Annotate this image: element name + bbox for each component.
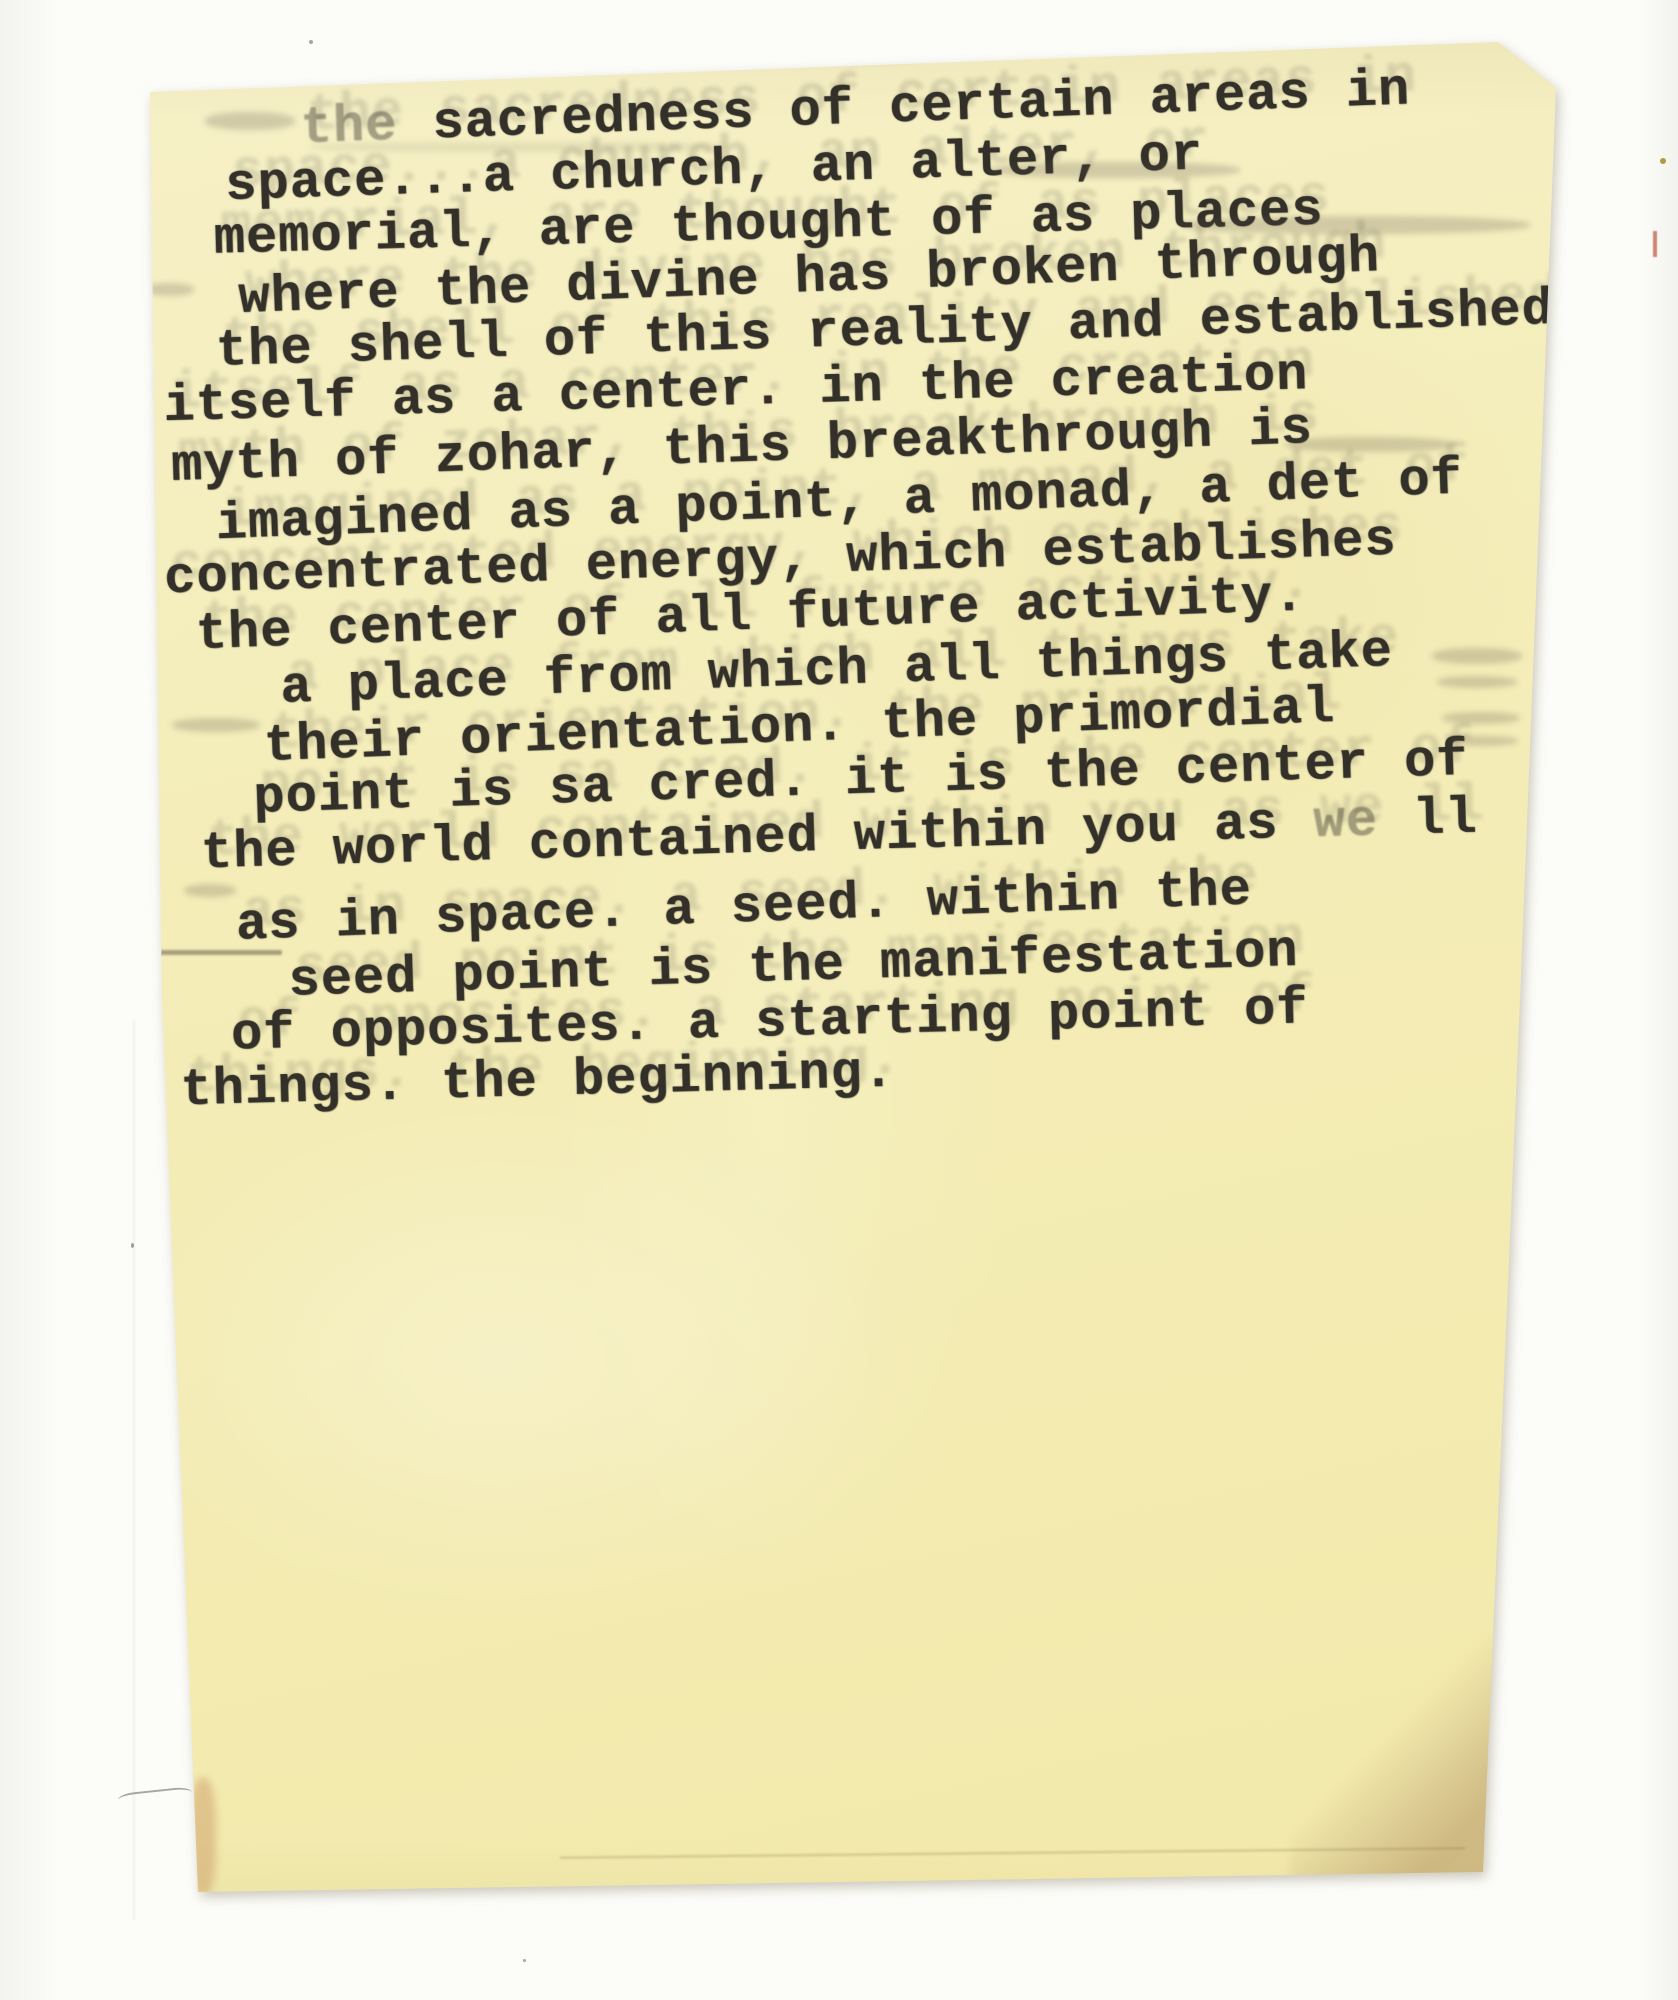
ink-dash-mark: [142, 950, 282, 955]
ink-smudge: [184, 884, 236, 897]
corner-stain: [1290, 1630, 1505, 1890]
dust-speck: [523, 1959, 526, 1962]
ink-smudge: [990, 162, 1240, 178]
ink-smudge: [310, 142, 730, 152]
ink-smudge: [1432, 648, 1522, 664]
ink-smudge: [1285, 437, 1455, 452]
scanned-document-page: { "document": { "kind": "scanned typewri…: [0, 0, 1678, 2000]
edge-stain: [190, 1778, 216, 1896]
ink-smudge: [205, 112, 295, 130]
paper-sheet: the sacredness of certain areas inthe sa…: [0, 0, 1678, 2000]
ink-smudge: [1437, 676, 1517, 688]
dust-speck: [1660, 158, 1666, 164]
paper-shadow-wrap: the sacredness of certain areas inthe sa…: [0, 0, 1678, 2000]
typed-segment: ll: [1412, 789, 1478, 850]
dust-speck: [131, 1243, 134, 1248]
typed-segment: we: [1313, 790, 1414, 852]
ink-smudge: [1180, 216, 1530, 234]
red-edge-mark: [1653, 231, 1657, 257]
ink-smudge: [172, 718, 260, 732]
ink-smudge: [640, 55, 920, 65]
ink-smudge: [1448, 736, 1518, 746]
dust-speck: [309, 40, 313, 44]
ink-smudge: [1442, 712, 1520, 724]
ink-smudge: [146, 283, 194, 296]
